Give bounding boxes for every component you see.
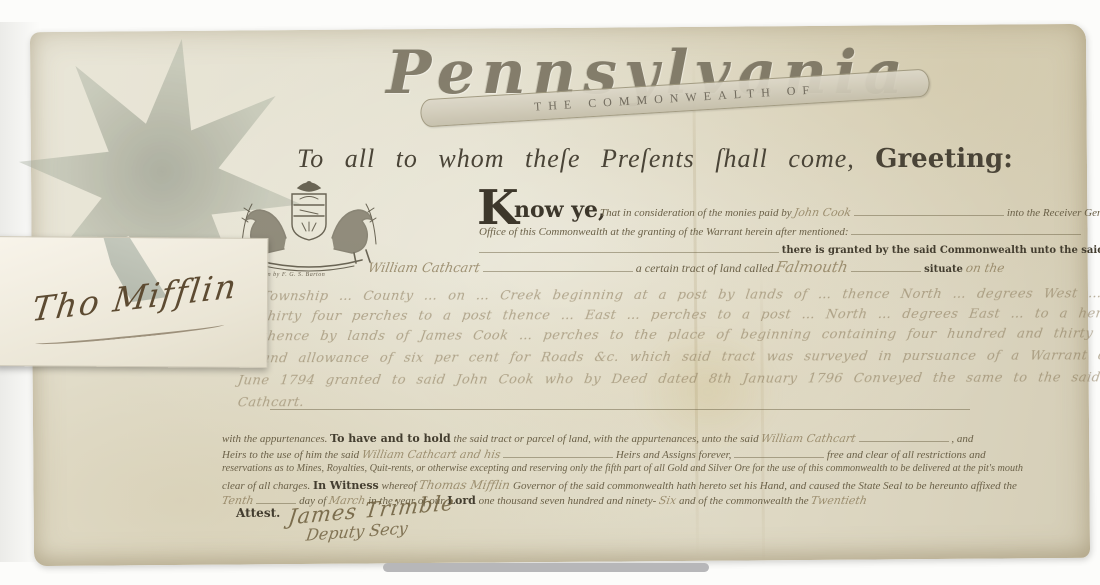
greeting-word: Greeting: [875,144,1013,174]
document-photo: Pennsylvania THE COMMONWEALTH OF To all … [0,0,1100,585]
habendum-line-4: clear of all charges. In Witness whereof… [222,478,1086,492]
handwritten-tract-name: Falmouth [775,258,850,276]
handwritten-year: Six [658,494,678,507]
manuscript-line: … thirty four perches to a post thence …… [237,307,1085,325]
manuscript-line: … and allowance of six per cent for Road… [237,349,1085,367]
printed-text: Heirs to the use of him the said [222,449,359,461]
printed-text: free and clear of all restrictions and [827,449,986,461]
ruled-line [483,262,633,272]
printed-text: one thousand seven hundred and ninety- [479,495,657,507]
manuscript-line: … thence by lands of James Cook … perche… [237,327,1085,345]
printed-text: Office of this Commonwealth at the grant… [479,226,849,238]
greeting-main: To all to whom theſe Preſents ſhall come… [297,144,855,173]
handwritten-text: William Cathcart and his [361,448,502,461]
printed-text: situate [924,264,963,275]
printed-text: Heirs and Assigns forever, [616,449,732,461]
ruled-line [256,494,296,504]
printed-text: reservations as to Mines, Royalties, Qui… [222,463,1023,474]
inset-signature-card: Tho Mifflin [0,236,268,368]
ruled-line [479,243,779,253]
greeting-line: To all to whom theſe Preſents ſhall come… [222,144,1088,174]
knowye-line-3: there is granted by the said Commonwealt… [479,243,1085,256]
ruled-line [503,448,613,458]
handwritten-commonwealth-year: Twentieth [810,494,868,507]
printed-text: into the Receiver General's [1007,207,1100,219]
ruled-line [734,448,824,458]
printed-text: whereof [381,480,416,492]
printed-bold-text: To have and to hold [330,432,451,445]
printed-bold-text: In Witness [313,479,379,492]
handwritten-name: William Cathcart [367,261,481,276]
closing-rule [270,400,970,413]
printed-text: Governor of the said commonwealth hath h… [513,480,1017,492]
handwritten-name: William Cathcart [760,432,857,445]
manuscript-line: … Township … County … on … Creek beginni… [237,287,1085,305]
printed-text: with the appurtenances. [222,433,327,445]
knowye-line-2: Office of this Commonwealth at the grant… [479,225,1085,238]
handwritten-governor-name: Thomas Mifflin [418,478,511,492]
knowye-line-1: That in consideration of the monies paid… [600,206,1086,219]
printed-text: clear of all charges. [222,480,310,492]
table-edge-bar [383,563,709,572]
ruled-line [851,262,921,272]
ruled-line [859,432,949,442]
printed-text: the said tract or parcel of land, with t… [453,433,758,445]
attest-label: Attest. [236,506,280,520]
printed-text: a certain tract of land called [636,261,774,275]
ruled-line [270,400,970,410]
knowye-line-4: William Cathcart a certain tract of land… [368,258,1086,276]
habendum-line-3: reservations as to Mines, Royalties, Qui… [222,463,1086,474]
knowye-lead: now ye, [514,197,606,223]
printed-text: and of the commonwealth the [679,495,809,507]
ruled-line [851,225,1081,235]
habendum-line-2: Heirs to the use of him the said William… [222,448,1086,461]
printed-text: That in consideration of the monies paid… [600,207,792,219]
printed-text: there is granted by the said Commonwealt… [782,245,1100,256]
printed-text: , and [951,433,973,445]
manuscript-line: June 1794 granted to said John Cook who … [237,371,1085,389]
handwritten-name: John Cook [793,206,852,219]
handwritten-text: on the [965,261,1006,275]
habendum-line-1: with the appurtenances. To have and to h… [222,432,1086,445]
ruled-line [854,206,1004,216]
